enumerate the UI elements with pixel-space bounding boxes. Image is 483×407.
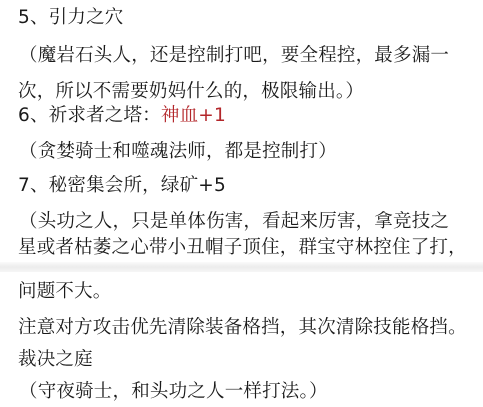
paragraph-line: 星或者枯萎之心带小丑帽子顶住，群宝守林控住了打，	[18, 236, 467, 260]
heading-6-text: 6、祈求者之塔：	[18, 105, 161, 126]
heading-judgement-court: 裁决之庭	[18, 348, 93, 372]
heading-6: 6、祈求者之塔：神血+1	[18, 104, 226, 128]
note-line: 注意对方攻击优先清除装备格挡，其次清除技能格挡。	[18, 316, 467, 340]
paragraph-line: （头功之人，只是单体伤害，看起来厉害，拿竞技之	[19, 210, 449, 234]
paragraph-line: （魔岩石头人，还是控制打吧，要全程控，最多漏一	[19, 44, 449, 68]
paragraph-line: 次，所以不需要奶妈什么的，极限输出。）	[18, 80, 364, 104]
page-separator	[0, 262, 483, 272]
paragraph-line: 问题不大。	[18, 280, 112, 304]
paragraph-line: （贪婪骑士和噬魂法师，都是控制打）	[19, 140, 337, 164]
heading-7: 7、秘密集会所，绿矿+5	[18, 174, 226, 198]
reward-highlight: 神血+1	[161, 105, 226, 126]
paragraph-line: （守夜骑士，和头功之人一样打法。）	[19, 380, 328, 404]
heading-5: 5、引力之穴	[18, 6, 123, 30]
